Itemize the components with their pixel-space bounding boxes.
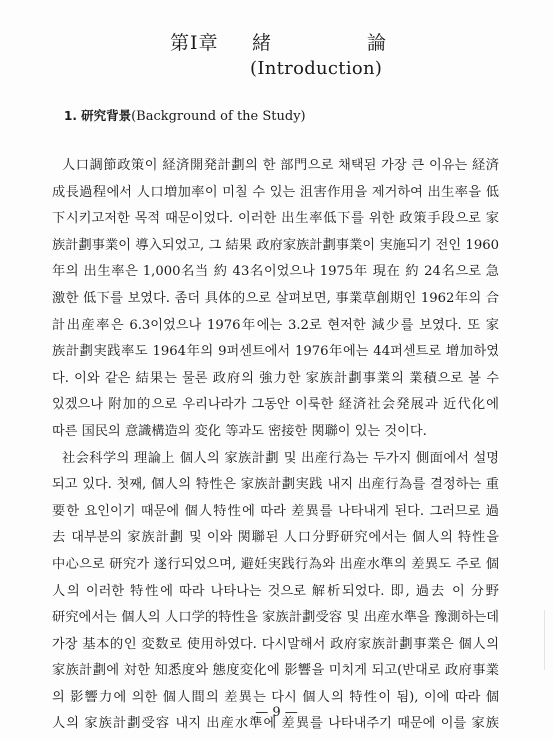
text-line: 人口調節政策이 経済開発計劃의 한 部門으로 채택된 가장 큰 이유는 経済 — [52, 153, 499, 180]
document-page: 第Ⅰ章 緒 論 (Introduction) 1. 研究背景(Backgroun… — [0, 0, 553, 740]
section-heading: 1. 研究背景(Background of the Study) — [64, 106, 306, 124]
text-line: 中心으로 研究가 遂行되었으며, 避妊実践行為와 出産水準의 差異도 주로 個 — [52, 552, 499, 579]
scan-edge-mark — [544, 610, 545, 670]
text-line: 가장 基本的인 変数로 使用하였다. 다시말해서 政府家族計劃事業은 個人의 — [52, 632, 499, 659]
text-line: 따른 国民의 意識構造의 変化 等과도 密接한 関聯이 있는 것이다. — [52, 419, 499, 446]
text-line: 族計劃実践率도 1964年의 9퍼센트에서 1976年에는 44퍼센트로 增加하… — [52, 339, 499, 366]
text-line: 下시키고저한 목적 때문이었다. 이러한 出生率低下를 위한 政策手段으로 家 — [52, 206, 499, 233]
chapter-english-title: (Introduction) — [250, 58, 382, 79]
text-line: 社会科学의 理論上 個人의 家族計劃 및 出産行為는 두가지 側面에서 설명 — [52, 446, 499, 473]
text-line: 激한 低下를 보였다. 좀더 具体的으로 살펴보면, 事業草創期인 1962年의… — [52, 286, 499, 313]
text-line: 族計劃事業이 導入되었고, 그 結果 政府家族計劃事業이 実施되기 전인 196… — [52, 233, 499, 260]
text-line: 年의 出生率은 1,000名当 約 43名이었으나 1975年 現在 約 24名… — [52, 259, 499, 286]
text-line: 있겠으나 附加的으로 우리나라가 그동안 이룩한 経済社会発展과 近代化에 — [52, 392, 499, 419]
text-line: 要한 요인이기 때문에 個人特性에 따라 差異를 나타내게 된다. 그러므로 過 — [52, 499, 499, 526]
chapter-title-char-1: 緒 — [252, 28, 271, 55]
text-line: 去 대부분의 家族計劃 및 이와 関聯된 人口分野研究에서는 個人의 特性을 — [52, 525, 499, 552]
text-line: 家族計劃에 対한 知悉度와 態度変化에 影響을 미치게 되고(반대로 政府事業 — [52, 658, 499, 685]
page-number: — 9 — — [0, 705, 553, 720]
text-line: 成長過程에서 人口増加率이 미칠 수 있는 沮害作用을 제거하여 出生率을 低 — [52, 180, 499, 207]
section-title-korean: 研究背景 — [81, 108, 131, 123]
section-title-english: (Background of the Study) — [131, 109, 306, 124]
chapter-title-char-2: 論 — [367, 28, 386, 55]
section-number: 1. — [64, 109, 77, 123]
text-line: 人의 이러한 特性에 따라 나타나는 것으로 解析되었다. 即, 過去 이 分野 — [52, 579, 499, 606]
text-line: 研究에서는 個人의 人口学的特性을 家族計劃受容 및 出産水準을 豫測하는데 — [52, 605, 499, 632]
chapter-title: 第Ⅰ章 緒 論 — [170, 28, 400, 52]
text-line: 計出産率은 6.3이었으나 1976年에는 3.2로 현저한 減少를 보였다. … — [52, 313, 499, 340]
text-line: 다. 이와 같은 結果는 물론 政府의 強力한 家族計劃事業의 業積으로 볼 수 — [52, 366, 499, 393]
body-text: 人口調節政策이 経済開発計劃의 한 部門으로 채택된 가장 큰 이유는 経済 成… — [52, 153, 499, 738]
text-line: 되고 있다. 첫째, 個人의 特性은 家族計劃実践 내지 出産行為를 결정하는 … — [52, 472, 499, 499]
chapter-number: 第Ⅰ章 — [170, 28, 219, 55]
